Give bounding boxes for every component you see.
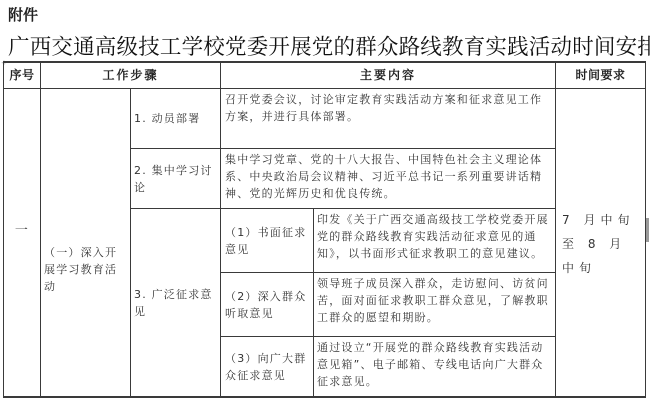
phase-cell: （一）深入开展学习教育活动 <box>44 244 128 295</box>
step-3-cell: 3. 广泛征求意见 <box>134 209 218 396</box>
subrow-2-cell: （2）深入群众听取意见 <box>225 273 311 336</box>
col-divider-time <box>555 61 556 398</box>
step-2-label: 2. 集中学习讨论 <box>134 162 218 196</box>
step-1-cell: 1. 动员部署 <box>134 89 218 148</box>
phase-label: （一）深入开展学习教育活动 <box>44 246 117 293</box>
header-time: 时间要求 <box>556 63 645 88</box>
subrow-3-content: 通过设立“开展党的群众路线教育实践活动意见箱”、电子邮箱、专线电话向广大群众征求… <box>317 339 553 390</box>
scrollbar-thumb[interactable] <box>646 218 649 242</box>
attachment-label: 附件 <box>8 4 38 25</box>
step-1-content-text: 召开党委会议，讨论审定教育实践活动方案和征求意见工作方案，并进行具体部署。 <box>225 93 542 123</box>
header-steps-label: 工作步骤 <box>102 67 158 84</box>
header-content: 主要内容 <box>221 63 555 88</box>
row-index: 一 <box>4 77 40 384</box>
step-2-content: 集中学习党章、党的十八大报告、中国特色社会主义理论体系、中央政治局会议精神、习近… <box>225 151 553 202</box>
subrow-1-label: （1）书面征求意见 <box>225 224 311 258</box>
subrow-1-content: 印发《关于广西交通高级技工学校党委开展党的群众路线教育实践活动征求意见的通知》，… <box>317 211 553 262</box>
col-divider-sub <box>313 208 314 398</box>
col-divider-steps <box>220 61 221 398</box>
table-bottom-border <box>3 396 646 398</box>
step-2-content-text: 集中学习党章、党的十八大报告、中国特色社会主义理论体系、中央政治局会议精神、习近… <box>225 153 542 200</box>
subrow-3-cell: （3）向广大群众征求意见 <box>225 337 311 396</box>
header-steps: 工作步骤 <box>41 63 220 88</box>
header-bottom-border <box>3 88 646 89</box>
document-title: 广西交通高级技工学校党委开展党的群众路线教育实践活动时间安排表 <box>8 30 650 61</box>
subrow-1-content-text: 印发《关于广西交通高级技工学校党委开展党的群众路线教育实践活动征求意见的通知》，… <box>317 213 549 260</box>
subrow-3-content-text: 通过设立“开展党的群众路线教育实践活动意见箱”、电子邮箱、专线电话向广大群众征求… <box>317 341 544 388</box>
subrow-2-content-text: 领导班子成员深入群众，走访慰问、访贫问苦，面对面征求教职工群众意见，了解教职工群… <box>317 277 549 324</box>
subrow-2-content: 领导班子成员深入群众，走访慰问、访贫问苦，面对面征求教职工群众意见，了解教职工群… <box>317 275 553 326</box>
col-divider-phase <box>130 88 131 398</box>
time-cell: 7 月中旬至 8 月中旬 <box>562 208 640 280</box>
header-content-label: 主要内容 <box>360 67 416 84</box>
col-divider-index <box>40 61 41 398</box>
step-1-label: 1. 动员部署 <box>134 110 200 127</box>
subrow-2-label: （2）深入群众听取意见 <box>225 288 311 322</box>
header-time-label: 时间要求 <box>575 67 625 84</box>
subrow-1-cell: （1）书面征求意见 <box>225 209 311 272</box>
step-1-content: 召开党委会议，讨论审定教育实践活动方案和征求意见工作方案，并进行具体部署。 <box>225 91 553 125</box>
step-2-cell: 2. 集中学习讨论 <box>134 149 218 208</box>
step-3-label: 3. 广泛征求意见 <box>134 286 218 320</box>
row-index-value: 一 <box>15 222 29 239</box>
subrow-3-label: （3）向广大群众征求意见 <box>225 350 311 384</box>
time-value: 7 月中旬至 8 月中旬 <box>562 213 634 275</box>
